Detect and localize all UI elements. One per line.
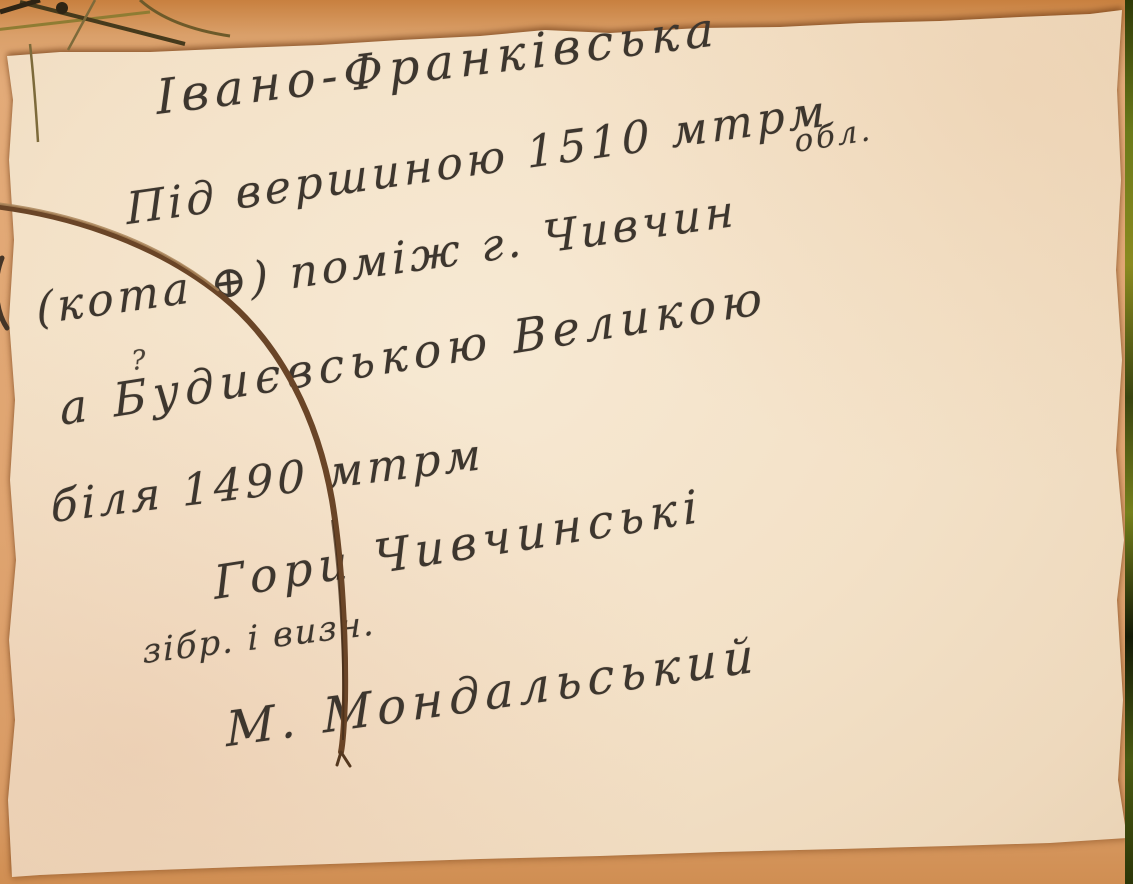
- album-page-background: Івано-Франківська обл. Під вершиною 1510…: [0, 0, 1133, 884]
- album-binding-edge: [1125, 0, 1133, 884]
